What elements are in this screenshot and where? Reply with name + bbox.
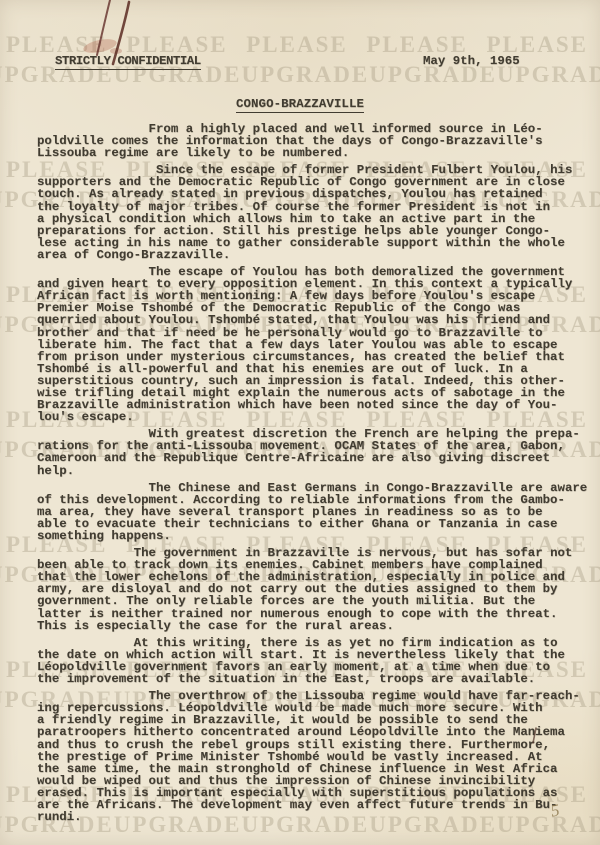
- page-title: CONGO-BRAZZAVILLE: [0, 97, 600, 113]
- paragraph: Since the escape of former President Ful…: [37, 164, 589, 261]
- paragraph: From a highly placed and well informed s…: [37, 123, 589, 159]
- document-page: PLEASEPLEASEPLEASEPLEASEPLEASEUPGRADEUPG…: [0, 0, 600, 845]
- paragraph: The Chinese and East Germans in Congo-Br…: [37, 482, 589, 542]
- classification-label: STRICTLY CONFIDENTIAL: [55, 54, 201, 70]
- paragraph: At this writing, there is as yet no firm…: [37, 637, 589, 685]
- paragraph: With greatest discretion the French are …: [37, 428, 589, 476]
- document-header: STRICTLY CONFIDENTIAL May 9th, 1965: [55, 54, 580, 74]
- date-label: May 9th, 1965: [423, 54, 520, 68]
- paragraph: The escape of Youlou has both demoralize…: [37, 266, 589, 423]
- paragraph: The government in Brazzaville is nervous…: [37, 547, 589, 632]
- paragraph: The overthrow of the Lissouba regime wou…: [37, 690, 589, 823]
- page-title-text: CONGO-BRAZZAVILLE: [236, 97, 364, 113]
- document-body: From a highly placed and well informed s…: [37, 123, 589, 828]
